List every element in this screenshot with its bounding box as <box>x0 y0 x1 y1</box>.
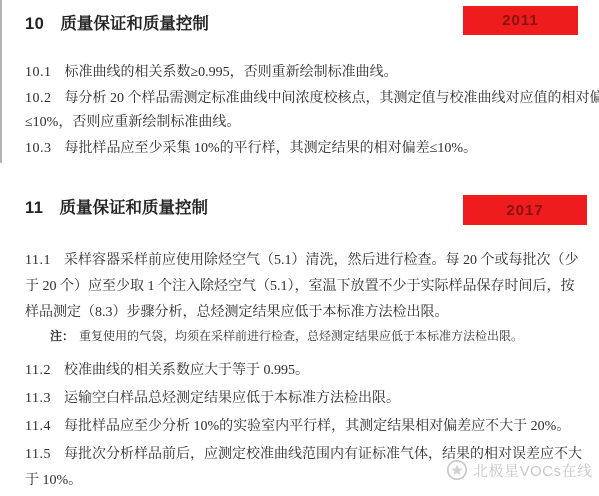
section-2011: 10质量保证和质量控制 10.1标准曲线的相关系数≥0.995，否则重新绘制标准… <box>25 14 578 161</box>
clause-number: 11.4 <box>25 419 51 434</box>
clause-number: 11.2 <box>25 363 51 378</box>
clause-10-1: 10.1标准曲线的相关系数≥0.995，否则重新绘制标准曲线。 <box>25 61 578 85</box>
clause-10-3: 10.3每批样品应至少采集 10%的平行样，其测定结果的相对偏差≤10%。 <box>25 137 578 161</box>
clause-11-3: 11.3运输空白样品总烃测定结果应低于本标准方法检出限。 <box>25 386 578 412</box>
clause-number: 11.5 <box>25 447 51 462</box>
clause-10-2: 10.2每分析 20 个样品需测定标准曲线中间浓度校核点，其测定值与校准曲线对应… <box>25 87 578 135</box>
clause-line: 样品测定（8.3）步骤分析，总烃测定结果应低于本标准方法检出限。 <box>25 300 578 326</box>
section-2011-clauses: 10.1标准曲线的相关系数≥0.995，否则重新绘制标准曲线。10.2每分析 2… <box>25 61 578 161</box>
section-2017-clauses: 11.1采样容器采样前应使用除烃空气（5.1）清洗，然后进行检查。每 20 个或… <box>25 248 578 494</box>
clause-number: 10.2 <box>25 91 52 106</box>
clause-line: 11.1采样容器采样前应使用除烃空气（5.1）清洗，然后进行检查。每 20 个或… <box>25 248 578 274</box>
section-2017-title: 质量保证和质量控制 <box>59 199 208 217</box>
document-content: 10质量保证和质量控制 10.1标准曲线的相关系数≥0.995，否则重新绘制标准… <box>0 0 599 494</box>
watermark-logo-icon <box>446 459 468 481</box>
clause-number: 11.1 <box>25 253 51 268</box>
section-2017-number: 11 <box>25 199 43 217</box>
clause-number: 10.3 <box>25 141 52 156</box>
year-badge-2011: 2011 <box>463 6 578 35</box>
clause-line: 于 20 个）应至少取 1 个注入除烃空气（5.1），室温下放置不少于实际样品保… <box>25 274 578 300</box>
clause-11-4: 11.4每批样品应至少分析 10%的实验室内平行样，其测定结果相对偏差应不大于 … <box>25 414 578 440</box>
clause-line: 11.4每批样品应至少分析 10%的实验室内平行样，其测定结果相对偏差应不大于 … <box>25 414 578 440</box>
clause-line: ≤10%，否则应重新绘制标准曲线。 <box>25 111 578 135</box>
section-2011-title: 质量保证和质量控制 <box>60 15 209 33</box>
clause-line: 11.2校准曲线的相关系数应大于等于 0.995。 <box>25 358 578 384</box>
clause-line: 11.3运输空白样品总烃测定结果应低于本标准方法检出限。 <box>25 386 578 412</box>
clause-number: 10.1 <box>25 65 52 80</box>
note-clause: 注：重复使用的气袋，均须在采样前进行检查，总烃测定结果应低于本标准方法检出限。 <box>25 328 578 345</box>
document-page: 10质量保证和质量控制 10.1标准曲线的相关系数≥0.995，否则重新绘制标准… <box>0 0 599 496</box>
watermark: 北极星VOCs在线 <box>446 459 593 481</box>
clause-number: 11.3 <box>25 391 51 406</box>
note-text: 重复使用的气袋，均须在采样前进行检查，总烃测定结果应低于本标准方法检出限。 <box>79 329 523 343</box>
scan-edge-artifact <box>0 0 2 163</box>
note-prefix: 注： <box>50 329 74 343</box>
clause-line: 10.2每分析 20 个样品需测定标准曲线中间浓度校核点，其测定值与校准曲线对应… <box>25 87 578 111</box>
clause-line: 10.3每批样品应至少采集 10%的平行样，其测定结果的相对偏差≤10%。 <box>25 137 578 161</box>
section-2017: 11质量保证和质量控制 11.1采样容器采样前应使用除烃空气（5.1）清洗，然后… <box>25 198 578 494</box>
clause-line: 10.1标准曲线的相关系数≥0.995，否则重新绘制标准曲线。 <box>25 61 578 85</box>
clause-11-1: 11.1采样容器采样前应使用除烃空气（5.1）清洗，然后进行检查。每 20 个或… <box>25 248 578 326</box>
year-badge-2017: 2017 <box>463 195 587 225</box>
section-2011-number: 10 <box>25 15 44 33</box>
clause-11-2: 11.2校准曲线的相关系数应大于等于 0.995。 <box>25 358 578 384</box>
watermark-text: 北极星VOCs在线 <box>473 460 593 481</box>
